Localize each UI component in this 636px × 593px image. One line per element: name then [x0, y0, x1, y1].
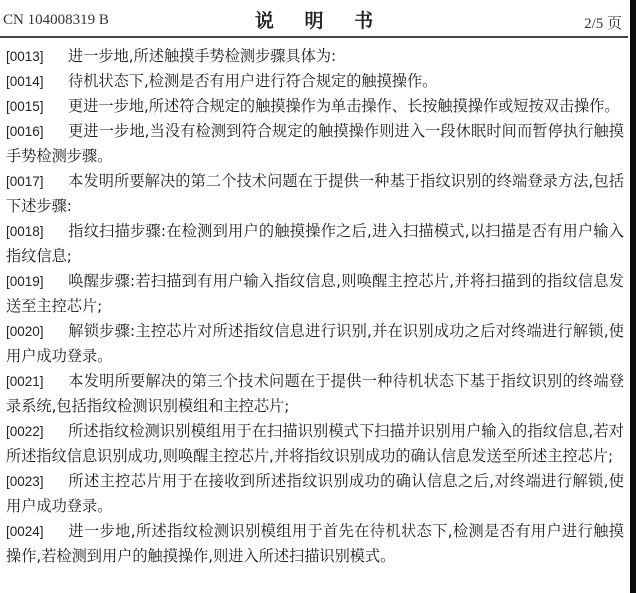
paragraph-number: [0023] — [6, 469, 68, 494]
paragraph-number: [0021] — [6, 369, 68, 394]
document-title: 说 明 书 — [0, 6, 628, 33]
paragraph-number: [0024] — [6, 519, 68, 544]
paragraph-0013: [0013]进一步地,所述触摸手势检测步骤具体为: — [6, 44, 624, 69]
paragraph-number: [0020] — [6, 319, 68, 344]
paragraph-number: [0017] — [6, 169, 68, 194]
paragraph-number: [0019] — [6, 269, 68, 294]
header-divider — [0, 36, 628, 38]
paragraph-0021: [0021]本发明所要解决的第三个技术问题在于提供一种待机状态下基于指纹识别的终… — [6, 369, 624, 419]
paragraph-text: 更进一步地,所述符合规定的触摸操作为单击操作、长按触摸操作或短按双击操作。 — [68, 97, 620, 115]
paragraph-0020: [0020]解锁步骤:主控芯片对所述指纹信息进行识别,并在识别成功之后对终端进行… — [6, 319, 624, 369]
page-header: CN 104008319 B 说 明 书 2/5 页 — [0, 0, 628, 38]
paragraph-text: 进一步地,所述指纹检测识别模组用于首先在待机状态下,检测是否有用户进行触摸操作,… — [6, 522, 624, 565]
paragraph-text: 所述主控芯片用于在接收到所述指纹识别成功的确认信息之后,对终端进行解锁,使用户成… — [6, 472, 624, 515]
paragraph-number: [0022] — [6, 419, 68, 444]
paragraph-number: [0015] — [6, 94, 68, 119]
paragraph-0015: [0015]更进一步地,所述符合规定的触摸操作为单击操作、长按触摸操作或短按双击… — [6, 94, 624, 119]
paragraph-text: 解锁步骤:主控芯片对所述指纹信息进行识别,并在识别成功之后对终端进行解锁,使用户… — [6, 322, 624, 365]
paragraph-text: 唤醒步骤:若扫描到有用户输入指纹信息,则唤醒主控芯片,并将扫描到的指纹信息发送至… — [6, 272, 624, 315]
paragraph-number: [0016] — [6, 119, 68, 144]
paragraph-text: 待机状态下,检测是否有用户进行符合规定的触摸操作。 — [68, 72, 437, 90]
paragraph-0017: [0017]本发明所要解决的第二个技术问题在于提供一种基于指纹识别的终端登录方法… — [6, 169, 624, 219]
page-edge — [630, 0, 636, 593]
paragraph-text: 所述指纹检测识别模组用于在扫描识别模式下扫描并识别用户输入的指纹信息,若对所述指… — [6, 422, 624, 465]
paragraph-text: 本发明所要解决的第三个技术问题在于提供一种待机状态下基于指纹识别的终端登录系统,… — [6, 372, 624, 415]
paragraph-text: 进一步地,所述触摸手势检测步骤具体为: — [68, 47, 336, 65]
paragraph-0023: [0023]所述主控芯片用于在接收到所述指纹识别成功的确认信息之后,对终端进行解… — [6, 469, 624, 519]
document-body: [0013]进一步地,所述触摸手势检测步骤具体为: [0014]待机状态下,检测… — [6, 44, 624, 569]
paragraph-number: [0014] — [6, 69, 68, 94]
paragraph-0019: [0019]唤醒步骤:若扫描到有用户输入指纹信息,则唤醒主控芯片,并将扫描到的指… — [6, 269, 624, 319]
paragraph-text: 指纹扫描步骤:在检测到用户的触摸操作之后,进入扫描模式,以扫描是否有用户输入指纹… — [6, 222, 624, 265]
paragraph-0022: [0022]所述指纹检测识别模组用于在扫描识别模式下扫描并识别用户输入的指纹信息… — [6, 419, 624, 469]
paragraph-0016: [0016]更进一步地,当没有检测到符合规定的触摸操作则进入一段休眠时间而暂停执… — [6, 119, 624, 169]
paragraph-number: [0013] — [6, 44, 68, 69]
paragraph-number: [0018] — [6, 219, 68, 244]
paragraph-text: 更进一步地,当没有检测到符合规定的触摸操作则进入一段休眠时间而暂停执行触摸手势检… — [6, 122, 624, 165]
paragraph-0018: [0018]指纹扫描步骤:在检测到用户的触摸操作之后,进入扫描模式,以扫描是否有… — [6, 219, 624, 269]
paragraph-text: 本发明所要解决的第二个技术问题在于提供一种基于指纹识别的终端登录方法,包括下述步… — [6, 172, 624, 215]
paragraph-0014: [0014]待机状态下,检测是否有用户进行符合规定的触摸操作。 — [6, 69, 624, 94]
page-indicator: 2/5 页 — [584, 12, 622, 33]
paragraph-0024: [0024]进一步地,所述指纹检测识别模组用于首先在待机状态下,检测是否有用户进… — [6, 519, 624, 569]
